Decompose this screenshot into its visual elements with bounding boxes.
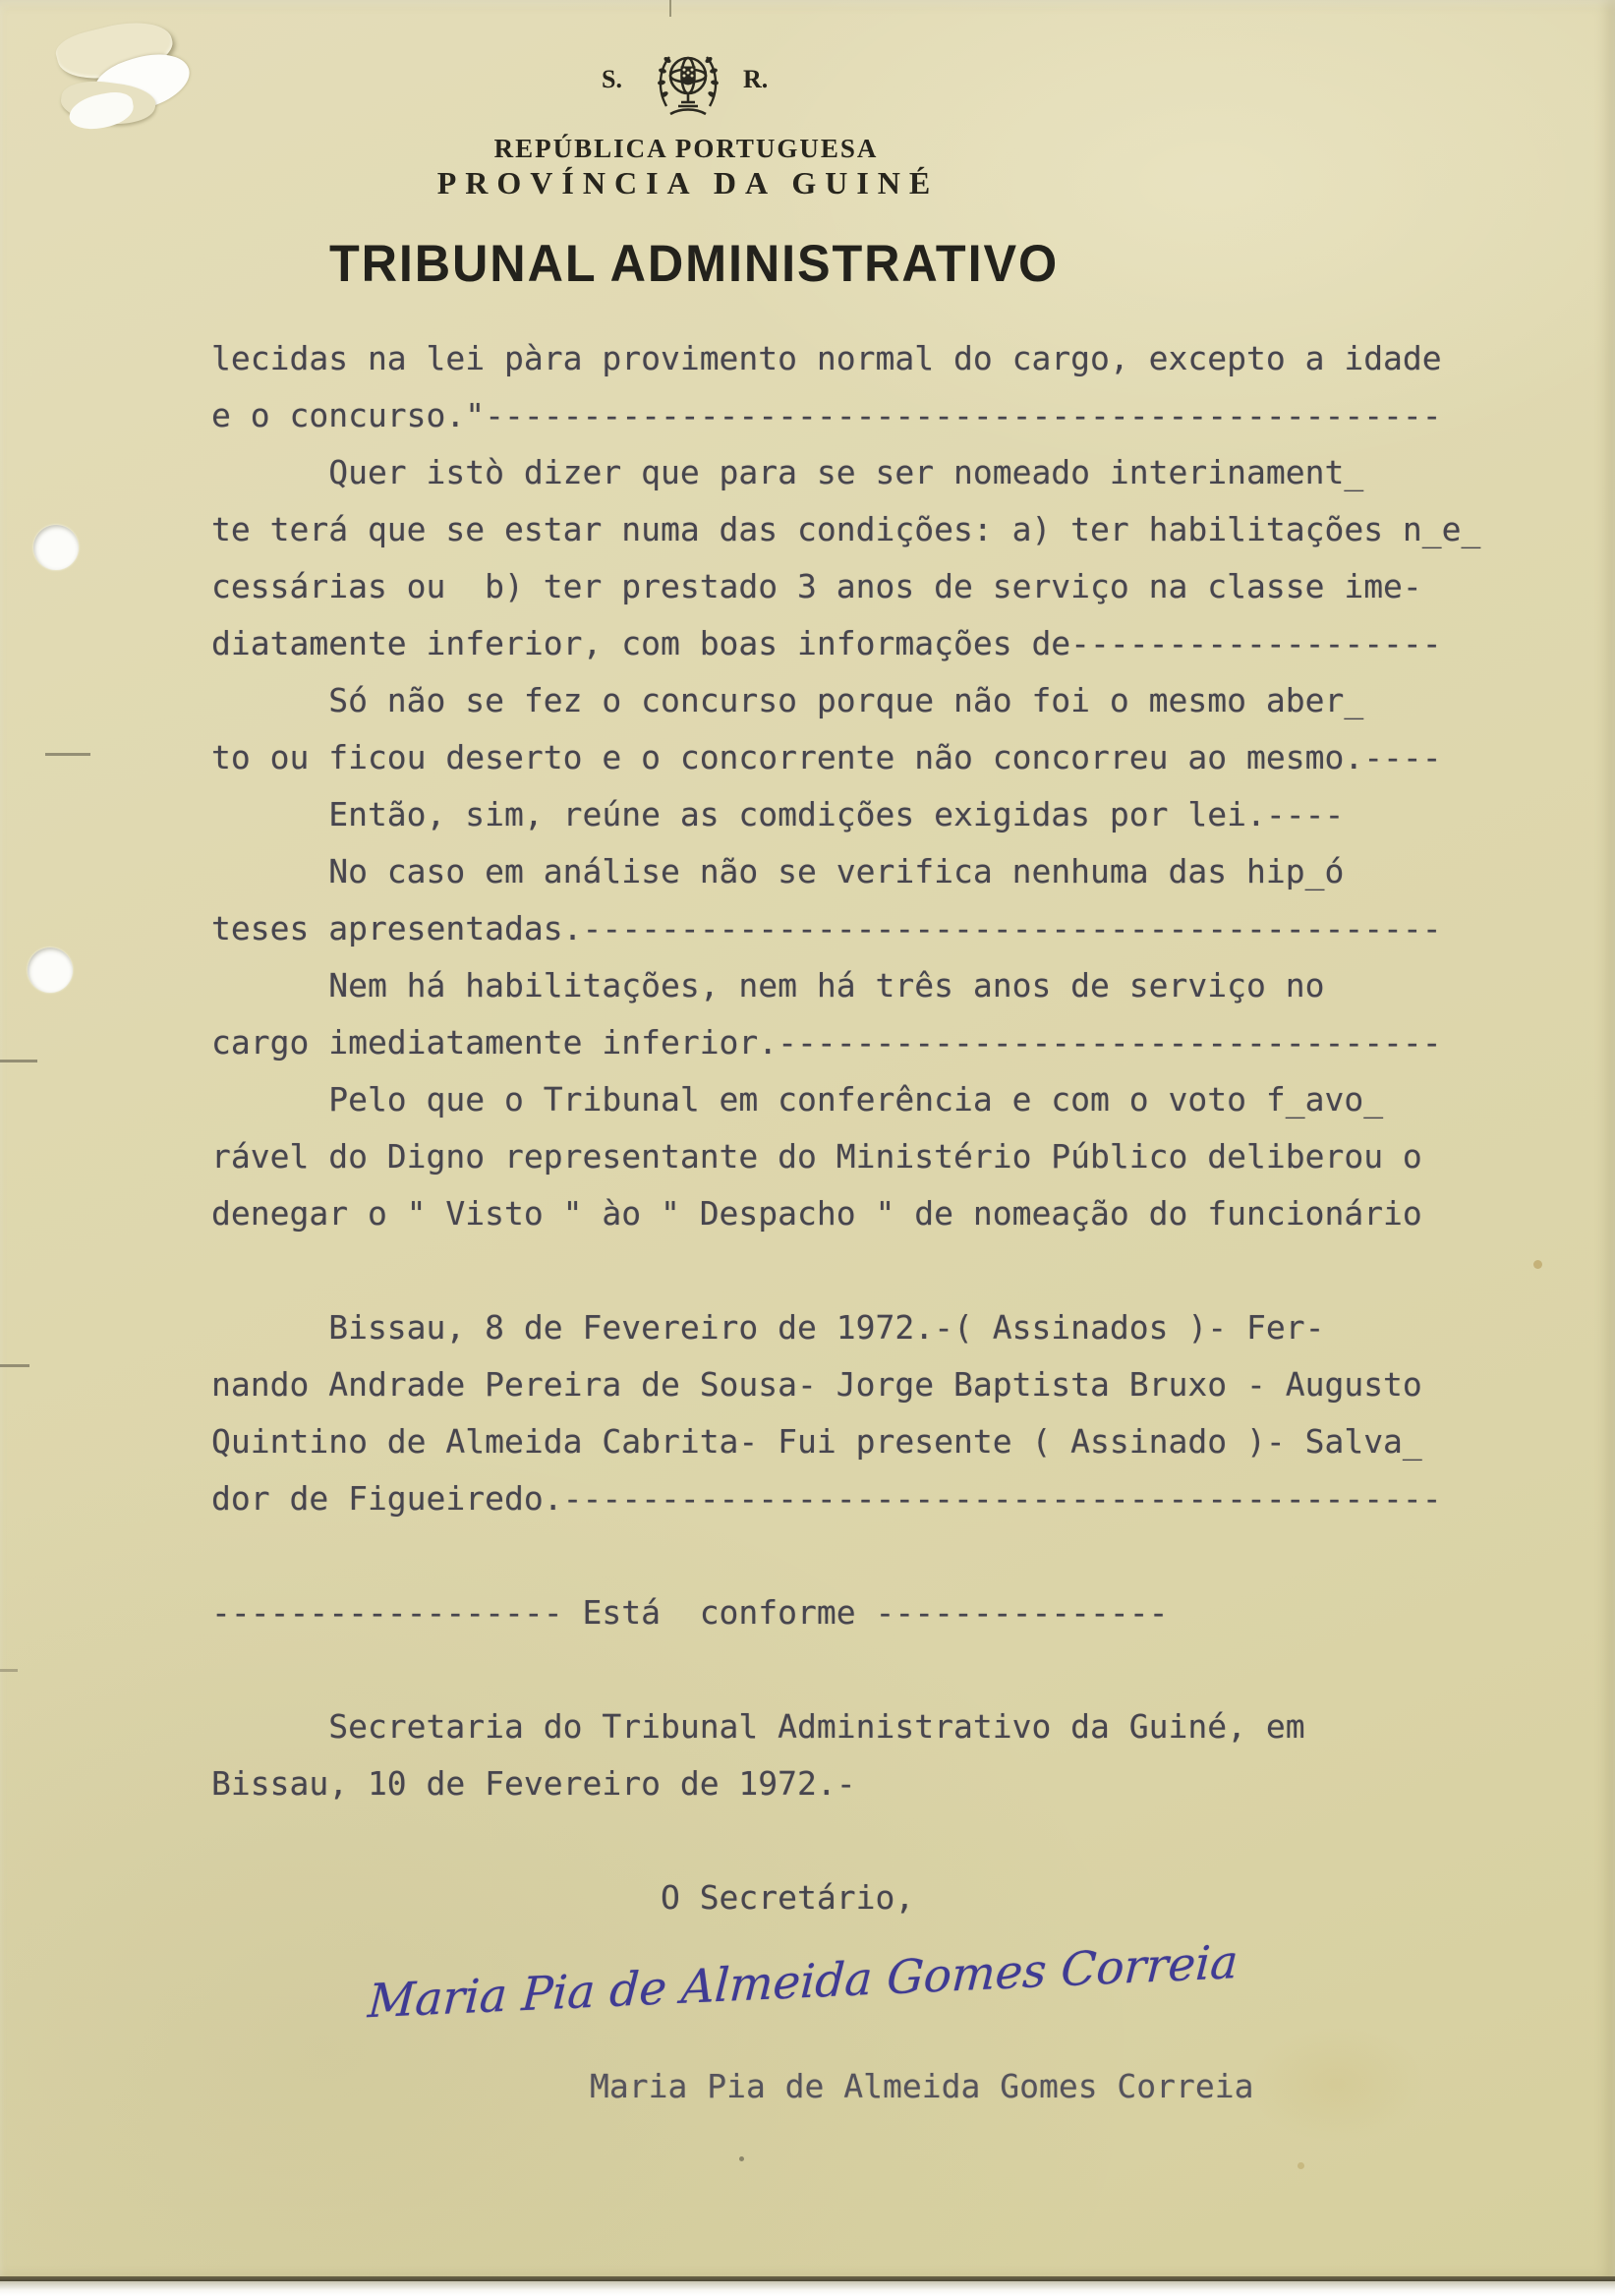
typewritten-line: Pelo que o Tribunal em conferência e com… — [211, 1071, 1470, 1128]
fox-spot — [1298, 2162, 1304, 2169]
scanned-document: S. R. — [0, 0, 1615, 2296]
initial-r: R. — [743, 65, 768, 94]
typewritten-line — [211, 1242, 1470, 1299]
punch-hole — [33, 525, 79, 570]
typewritten-line: Secretaria do Tribunal Administrativo da… — [211, 1698, 1470, 1755]
typewritten-line: te terá que se estar numa das condições:… — [211, 501, 1470, 558]
typewritten-line — [211, 1641, 1470, 1698]
top-fold-mark — [669, 0, 671, 17]
typewritten-line: nando Andrade Pereira de Sousa- Jorge Ba… — [211, 1356, 1470, 1413]
edge-fold-mark — [0, 1669, 18, 1672]
typewritten-line: cessárias ou b) ter prestado 3 anos de s… — [211, 558, 1470, 615]
typed-signatory-name: Maria Pia de Almeida Gomes Correia — [590, 2058, 1254, 2115]
punch-hole — [28, 947, 73, 993]
typewritten-line: to ou ficou deserto e o concorrente não … — [211, 729, 1470, 786]
initial-s: S. — [602, 65, 622, 94]
typewritten-line: e o concurso."--------------------------… — [211, 387, 1470, 444]
typewritten-body: lecidas na lei pàra provimento normal do… — [211, 330, 1470, 1926]
typewritten-line: Quer istò dizer que para se ser nomeado … — [211, 444, 1470, 501]
paper-sheet: S. R. — [0, 0, 1615, 2279]
edge-fold-mark — [45, 753, 90, 756]
edge-fold-mark — [0, 1364, 29, 1367]
typewritten-line: No caso em análise não se verifica nenhu… — [211, 843, 1470, 900]
typewritten-line: dor de Figueiredo.----------------------… — [211, 1470, 1470, 1527]
typewritten-line — [211, 1527, 1470, 1584]
paper-stain — [1248, 2025, 1425, 2143]
typewritten-line: ------------------ Está conforme -------… — [211, 1584, 1470, 1641]
typewritten-line: cargo imediatamente inferior.-----------… — [211, 1014, 1470, 1071]
portuguese-coat-of-arms-icon — [653, 43, 723, 131]
typewritten-line: Só não se fez o concurso porque não foi … — [211, 672, 1470, 729]
typewritten-line: Então, sim, reúne as comdições exigidas … — [211, 786, 1470, 843]
typewritten-line — [211, 1812, 1470, 1869]
letterhead-republica: REPÚBLICA PORTUGUESA — [494, 134, 879, 164]
handwritten-signature: Maria Pia de Almeida Gomes Correia — [367, 1941, 1116, 2030]
typewritten-line: lecidas na lei pàra provimento normal do… — [211, 330, 1470, 387]
ink-speck — [739, 2156, 744, 2161]
scanner-background — [0, 2281, 1615, 2296]
edge-fold-mark — [0, 1060, 37, 1062]
fox-spot — [1533, 1260, 1542, 1269]
typewritten-line: Quintino de Almeida Cabrita- Fui present… — [211, 1413, 1470, 1470]
typewritten-line: denegar o " Visto " ào " Despacho " de n… — [211, 1185, 1470, 1242]
typewritten-line: Bissau, 8 de Fevereiro de 1972.-( Assina… — [211, 1299, 1470, 1356]
typewritten-line: rável do Digno representante do Ministér… — [211, 1128, 1470, 1185]
letterhead-tribunal-administrativo: TRIBUNAL ADMINISTRATIVO — [329, 234, 1059, 294]
typewritten-line: teses apresentadas.---------------------… — [211, 900, 1470, 957]
typewritten-line: O Secretário, — [211, 1869, 1470, 1926]
typewritten-line: Bissau, 10 de Fevereiro de 1972.- — [211, 1755, 1470, 1812]
typewritten-line: Nem há habilitações, nem há três anos de… — [211, 957, 1470, 1014]
typewritten-line: diatamente inferior, com boas informaçõe… — [211, 615, 1470, 672]
letterhead-provincia: PROVÍNCIA DA GUINÉ — [437, 165, 939, 201]
